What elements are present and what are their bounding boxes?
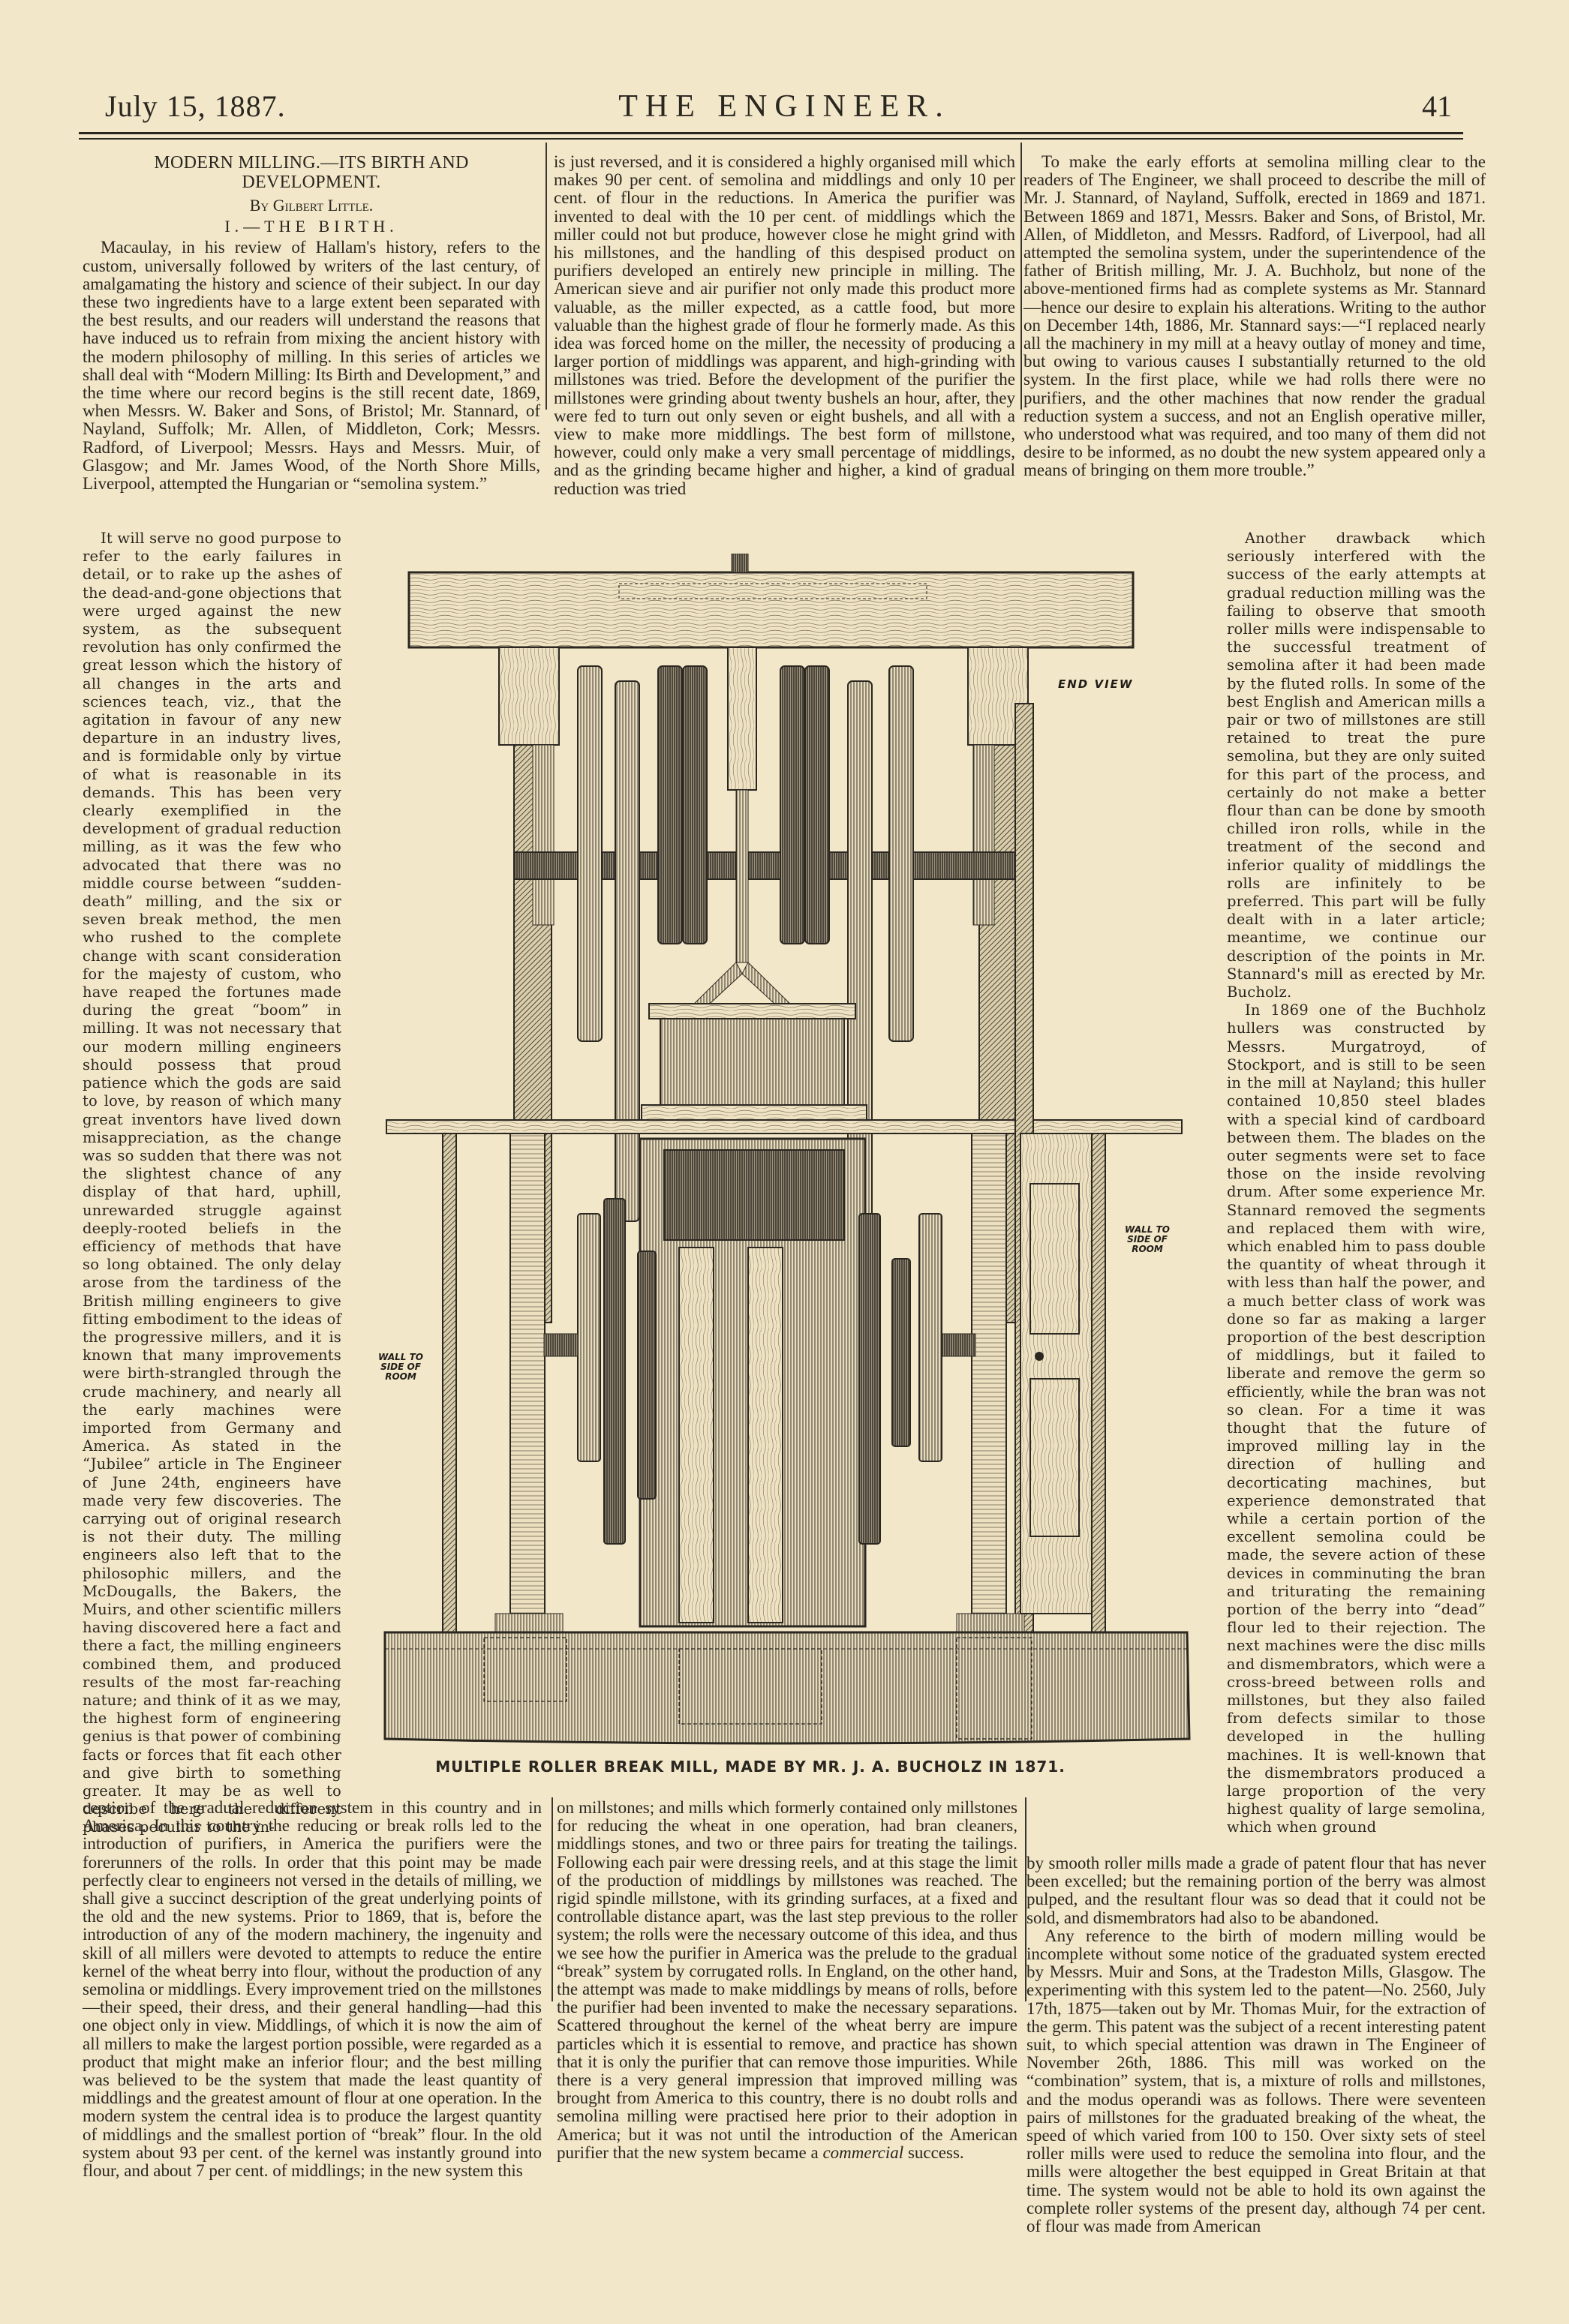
article-title: MODERN MILLING.—ITS BIRTH AND DEVELOPMEN… <box>83 153 540 192</box>
column-3-bottom: by smooth roller mills made a grade of p… <box>1026 1854 1486 2235</box>
header-rule <box>79 132 1463 134</box>
column-divider <box>1020 143 1022 410</box>
publication-title: THE ENGINEER. <box>0 89 1569 125</box>
figure-caption: MULTIPLE ROLLER BREAK MILL, MADE BY MR. … <box>375 1758 1126 1776</box>
paragraph: is just reversed, and it is considered a… <box>554 153 1015 498</box>
paragraph: Any reference to the birth of modern mil… <box>1026 1927 1486 2235</box>
masthead: July 15, 1887. THE ENGINEER. 41 <box>0 0 1569 150</box>
column-1-bottom: ception of the gradual reduction system … <box>83 1799 542 2180</box>
article-byline: By Gilbert Little. <box>83 197 540 215</box>
column-divider <box>552 1797 553 2001</box>
column-3-narrow: Another drawback which seriously interfe… <box>1227 530 1486 1837</box>
section-heading: I.—THE BIRTH. <box>83 218 540 236</box>
paragraph: Macaulay, in his review of Hallam's hist… <box>83 239 540 493</box>
paragraph: To make the early efforts at semolina mi… <box>1023 153 1486 480</box>
italic-text: commercial <box>822 2143 903 2162</box>
roller-mill-illustration <box>379 554 1193 1746</box>
mill-engraving-figure: END VIEW WALL TO SIDE OF ROOM WALL TO SI… <box>379 554 1193 1746</box>
paragraph: by smooth roller mills made a grade of p… <box>1026 1854 1486 1927</box>
paragraph: on millstones; and mills which formerly … <box>557 1799 1017 2162</box>
column-1-narrow: It will serve no good purpose to refer t… <box>83 530 341 1837</box>
column-3-top: To make the early efforts at semolina mi… <box>1023 153 1486 480</box>
end-view-label: END VIEW <box>1058 680 1133 689</box>
column-1-top: MODERN MILLING.—ITS BIRTH AND DEVELOPMEN… <box>83 153 540 493</box>
wall-label-left: WALL TO SIDE OF ROOM <box>375 1353 426 1382</box>
paragraph: ception of the gradual reduction system … <box>83 1799 542 2180</box>
column-2-top: is just reversed, and it is considered a… <box>554 153 1015 498</box>
column-2-bottom: on millstones; and mills which formerly … <box>557 1799 1017 2162</box>
paragraph: Another drawback which seriously interfe… <box>1227 530 1486 1001</box>
wall-label-right: WALL TO SIDE OF ROOM <box>1122 1225 1173 1254</box>
paragraph: In 1869 one of the Buchholz hullers was … <box>1227 1001 1486 1836</box>
page-number: 41 <box>1422 89 1452 124</box>
header-rule-thin <box>79 138 1463 140</box>
column-divider <box>546 143 547 410</box>
paragraph: It will serve no good purpose to refer t… <box>83 530 341 1837</box>
